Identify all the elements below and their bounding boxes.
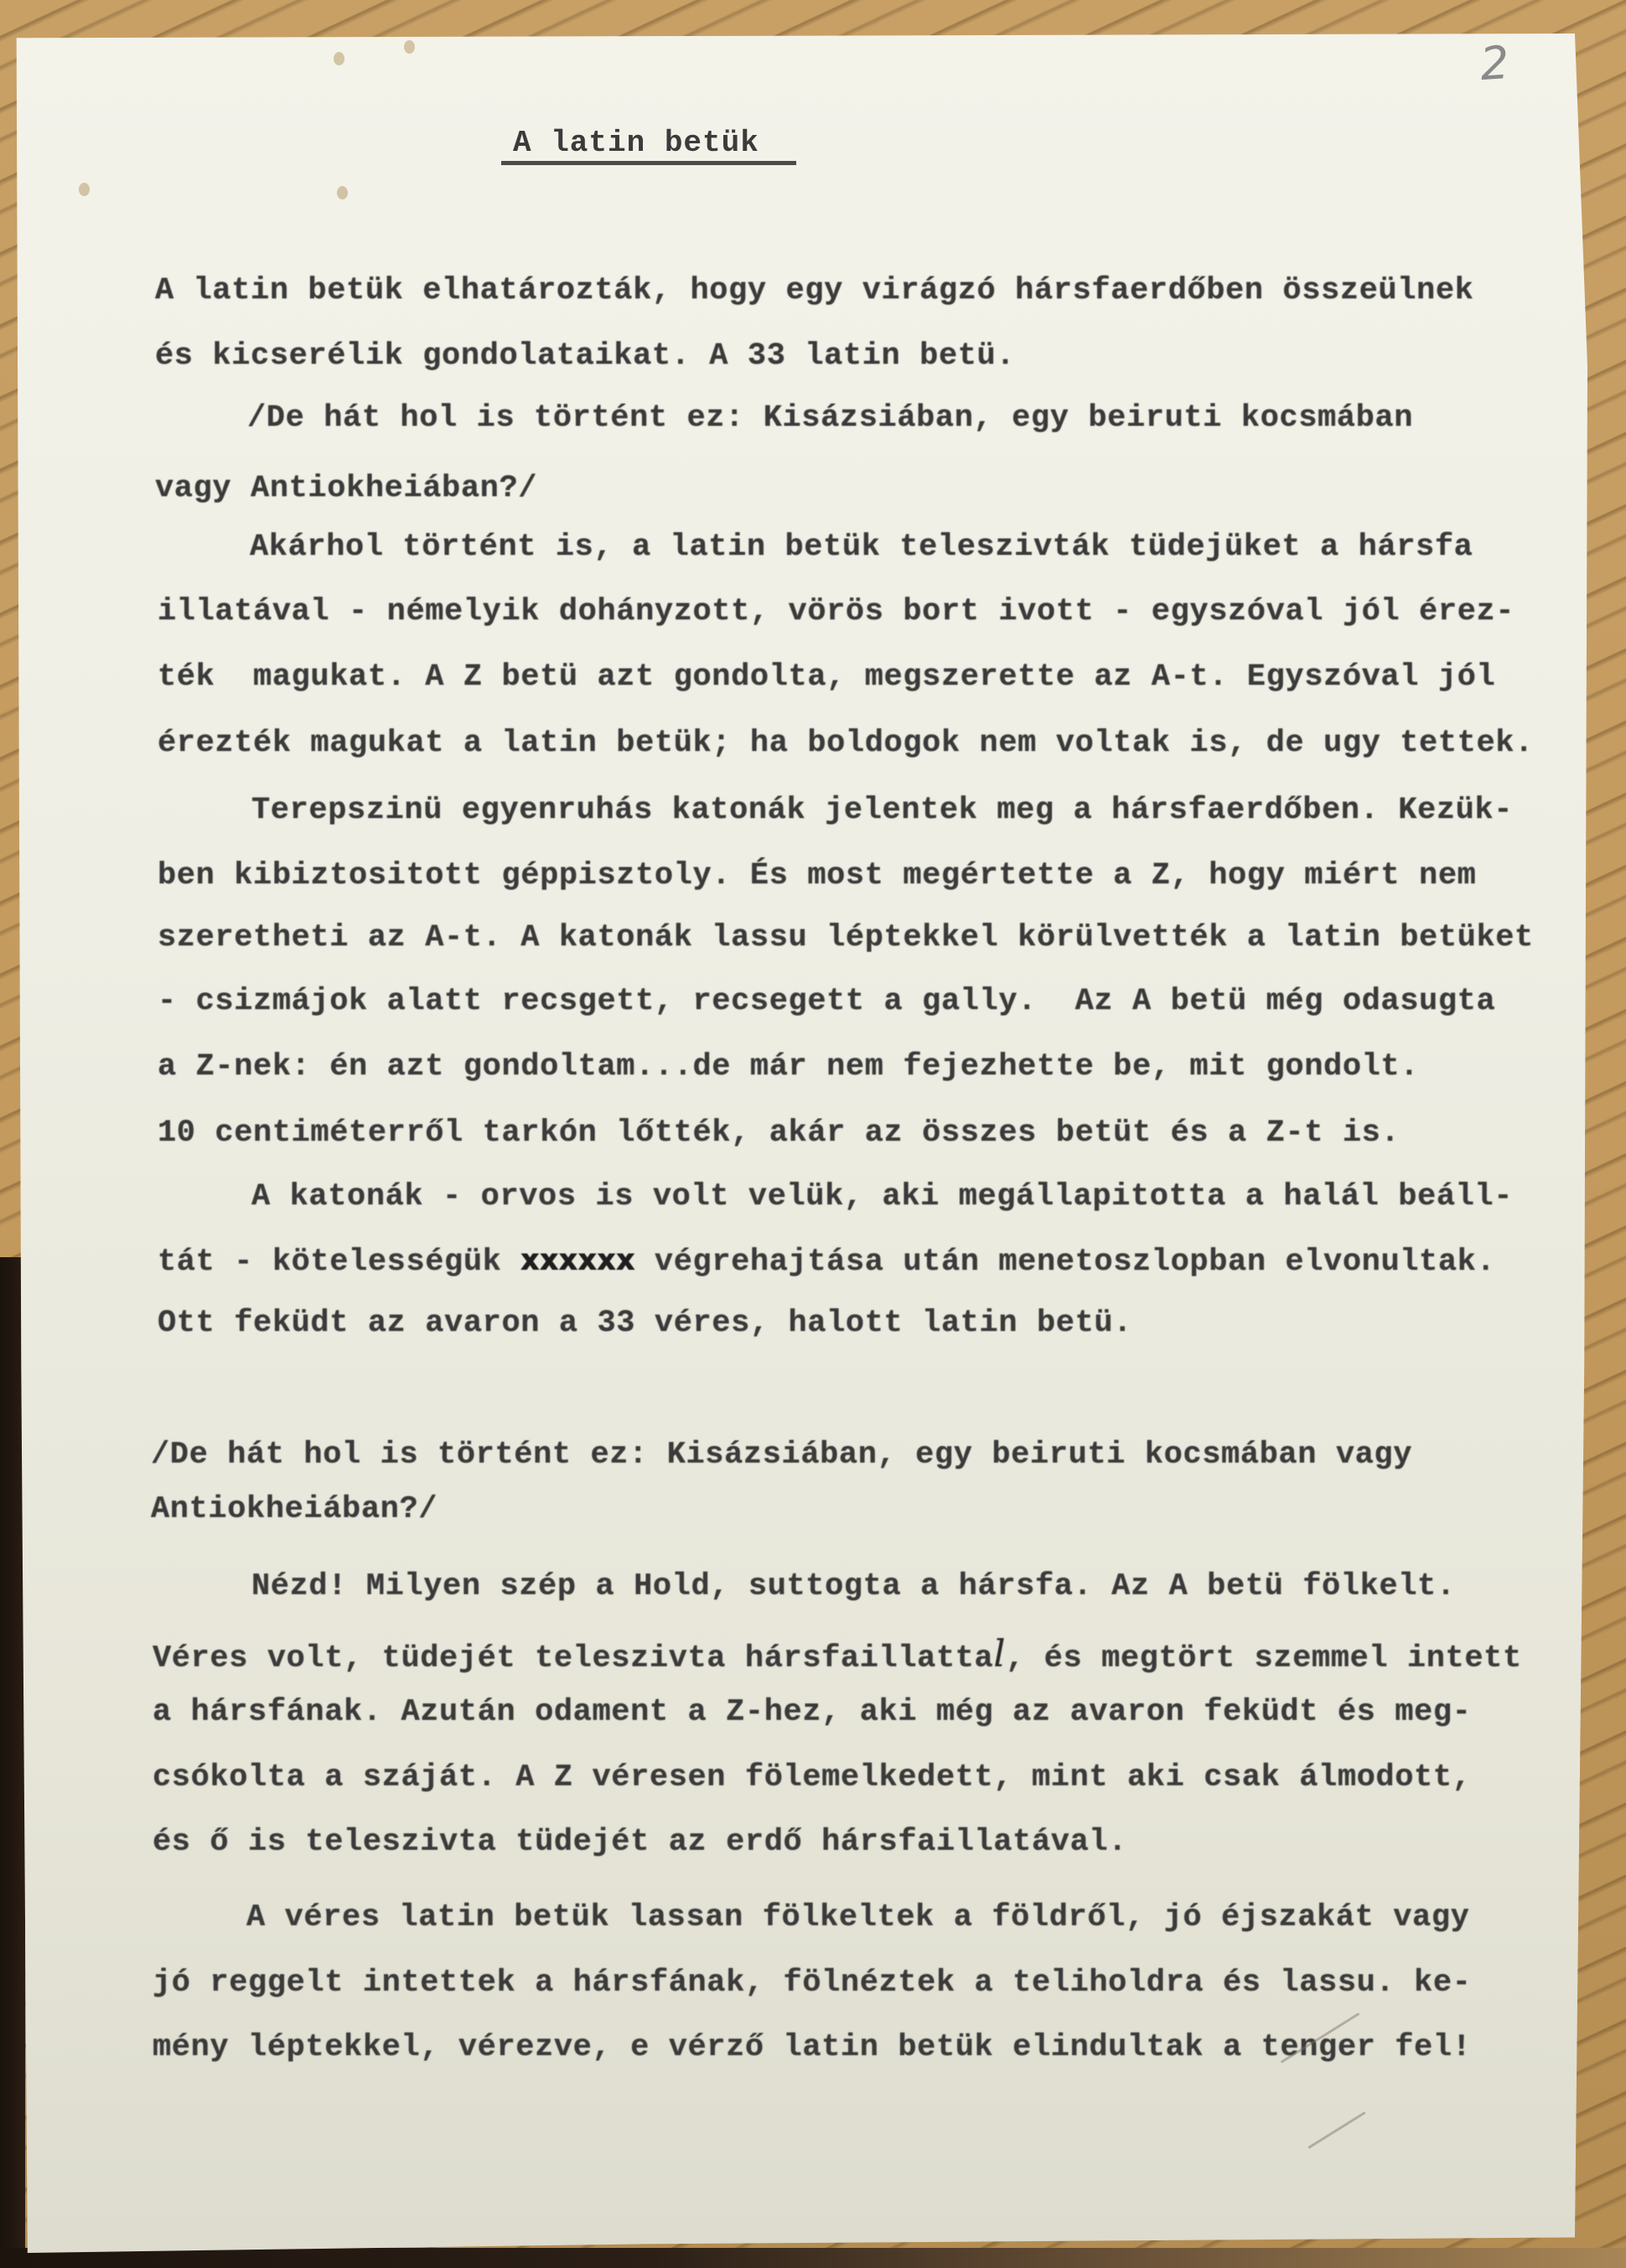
text-line: A katonák - orvos is volt velük, aki meg… bbox=[251, 1179, 1513, 1214]
text-line: Terepszinü egyenruhás katonák jelentek m… bbox=[251, 793, 1513, 828]
overtyped-word: xxxxxx bbox=[520, 1245, 635, 1280]
stain-mark bbox=[334, 52, 344, 65]
table-shadow bbox=[0, 1257, 25, 2268]
text-line: és ő is teleszivta tüdejét az erdő hársf… bbox=[153, 1825, 1127, 1860]
text-line: vagy Antiokheiában?/ bbox=[155, 471, 537, 506]
text-line: /De hát hol is történt ez: Kisázsiában, … bbox=[247, 401, 1413, 436]
text-line: - csizmájok alatt recsgett, recsegett a … bbox=[158, 984, 1495, 1019]
text-segment: végrehajtása után menetoszlopban elvonul… bbox=[635, 1245, 1495, 1280]
text-line: tát - kötelességük xxxxxx végrehajtása u… bbox=[158, 1245, 1495, 1280]
text-segment: tát - kötelességük bbox=[158, 1245, 520, 1280]
stain-mark bbox=[337, 186, 348, 199]
text-line: /De hát hol is történt ez: Kisázsiában, … bbox=[151, 1437, 1412, 1473]
stain-mark bbox=[404, 40, 415, 54]
text-line: érezték magukat a latin betük; ha boldog… bbox=[158, 726, 1534, 761]
text-line: szeretheti az A-t. A katonák lassu lépte… bbox=[158, 920, 1534, 955]
text-line: jó reggelt intettek a hársfának, fölnézt… bbox=[153, 1965, 1471, 2001]
text-line: Antiokheiában?/ bbox=[151, 1492, 438, 1527]
text-line: 10 centiméterről tarkón lőtték, akár az … bbox=[158, 1116, 1400, 1151]
text-segment: Véres volt, tüdejét teleszivta hársfaill… bbox=[153, 1641, 993, 1676]
text-line: és kicserélik gondolataikat. A 33 latin … bbox=[155, 339, 1015, 374]
table-edge bbox=[0, 2248, 1626, 2268]
stain-mark bbox=[79, 183, 90, 196]
title-underline bbox=[501, 161, 796, 165]
text-line: ték magukat. A Z betü azt gondolta, megs… bbox=[158, 660, 1495, 695]
text-line: illatával - némelyik dohányzott, vörös b… bbox=[158, 594, 1515, 629]
text-line: mény léptekkel, vérezve, e vérző latin b… bbox=[153, 2030, 1471, 2065]
text-line: Akárhol történt is, a latin betük telesz… bbox=[250, 530, 1473, 565]
text-line: Véres volt, tüdejét teleszivta hársfaill… bbox=[153, 1633, 1522, 1676]
text-line: a Z-nek: én azt gondoltam...de már nem f… bbox=[158, 1049, 1419, 1085]
text-segment: , és megtört szemmel intett bbox=[1006, 1641, 1522, 1676]
text-line: ben kibiztositott géppisztoly. És most m… bbox=[158, 858, 1476, 893]
text-line: A latin betük elhatározták, hogy egy vir… bbox=[155, 273, 1473, 308]
text-line: Ott feküdt az avaron a 33 véres, halott … bbox=[158, 1306, 1132, 1341]
text-line: csókolta a száját. A Z véresen fölemelke… bbox=[153, 1760, 1471, 1795]
text-line: a hársfának. Azután odament a Z-hez, aki… bbox=[153, 1695, 1471, 1730]
page-title: A latin betük bbox=[513, 126, 759, 160]
text-line: A véres latin betük lassan fölkeltek a f… bbox=[246, 1900, 1469, 1935]
page-number: 2 bbox=[1478, 36, 1511, 91]
handwritten-correction: l bbox=[993, 1633, 1006, 1675]
text-line: Nézd! Milyen szép a Hold, suttogta a hár… bbox=[251, 1569, 1456, 1604]
